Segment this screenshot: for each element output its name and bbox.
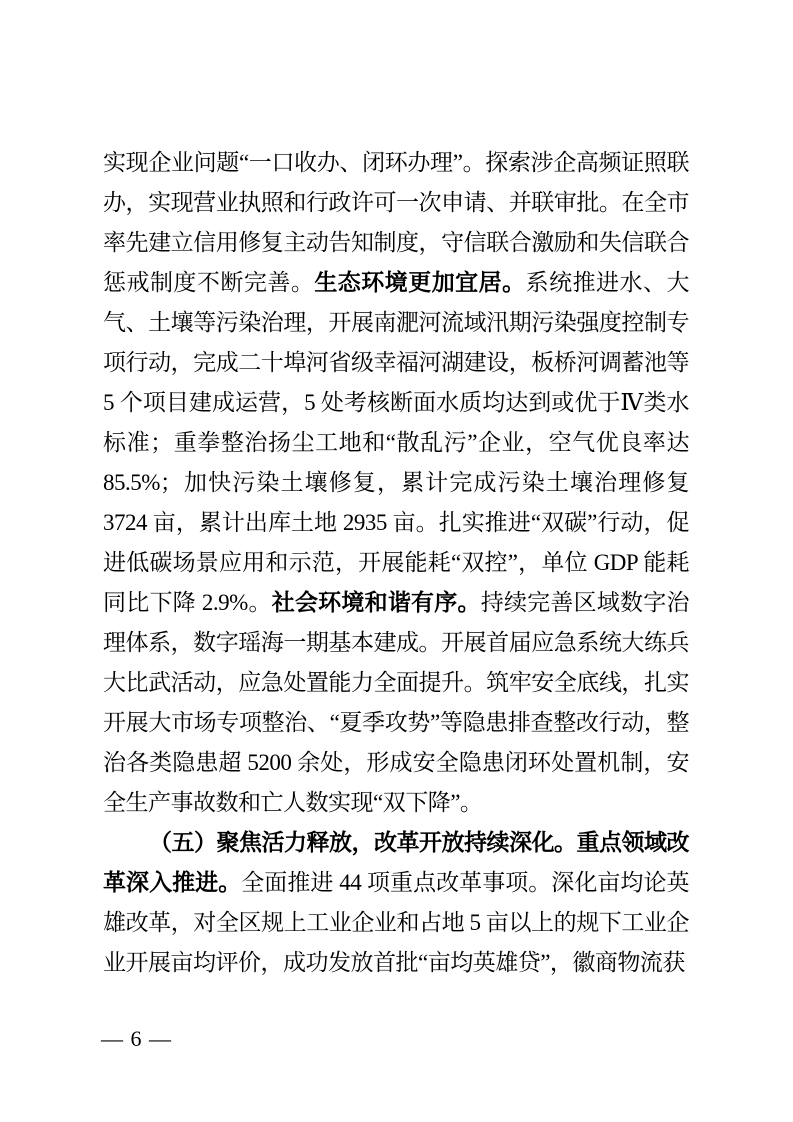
paragraph: （五）聚焦活力释放，改革开放持续深化。重点领域改革深入推进。全面推进 44 项重… <box>103 823 689 983</box>
text-segment: 持续完善区域数字治理体系，数字瑶海一期基本建成。开展首届应急系统大练兵大比武活动… <box>103 590 689 815</box>
page-number: — 6 — <box>101 1024 172 1054</box>
document-page: 实现企业问题“一口收办、闭环办理”。探索涉企高频证照联办，实现营业执照和行政许可… <box>0 0 793 1122</box>
text-segment: 系统推进水、大气、土壤等污染治理，开展南淝河流域汛期污染强度控制专项行动，完成二… <box>103 270 689 615</box>
bold-heading-inline: 社会环境和谐有序。 <box>272 590 481 615</box>
bold-heading-inline: 生态环境更加宜居。 <box>314 270 525 295</box>
body-text: 实现企业问题“一口收办、闭环办理”。探索涉企高频证照联办，实现营业执照和行政许可… <box>103 143 689 983</box>
paragraph: 实现企业问题“一口收办、闭环办理”。探索涉企高频证照联办，实现营业执照和行政许可… <box>103 143 689 823</box>
